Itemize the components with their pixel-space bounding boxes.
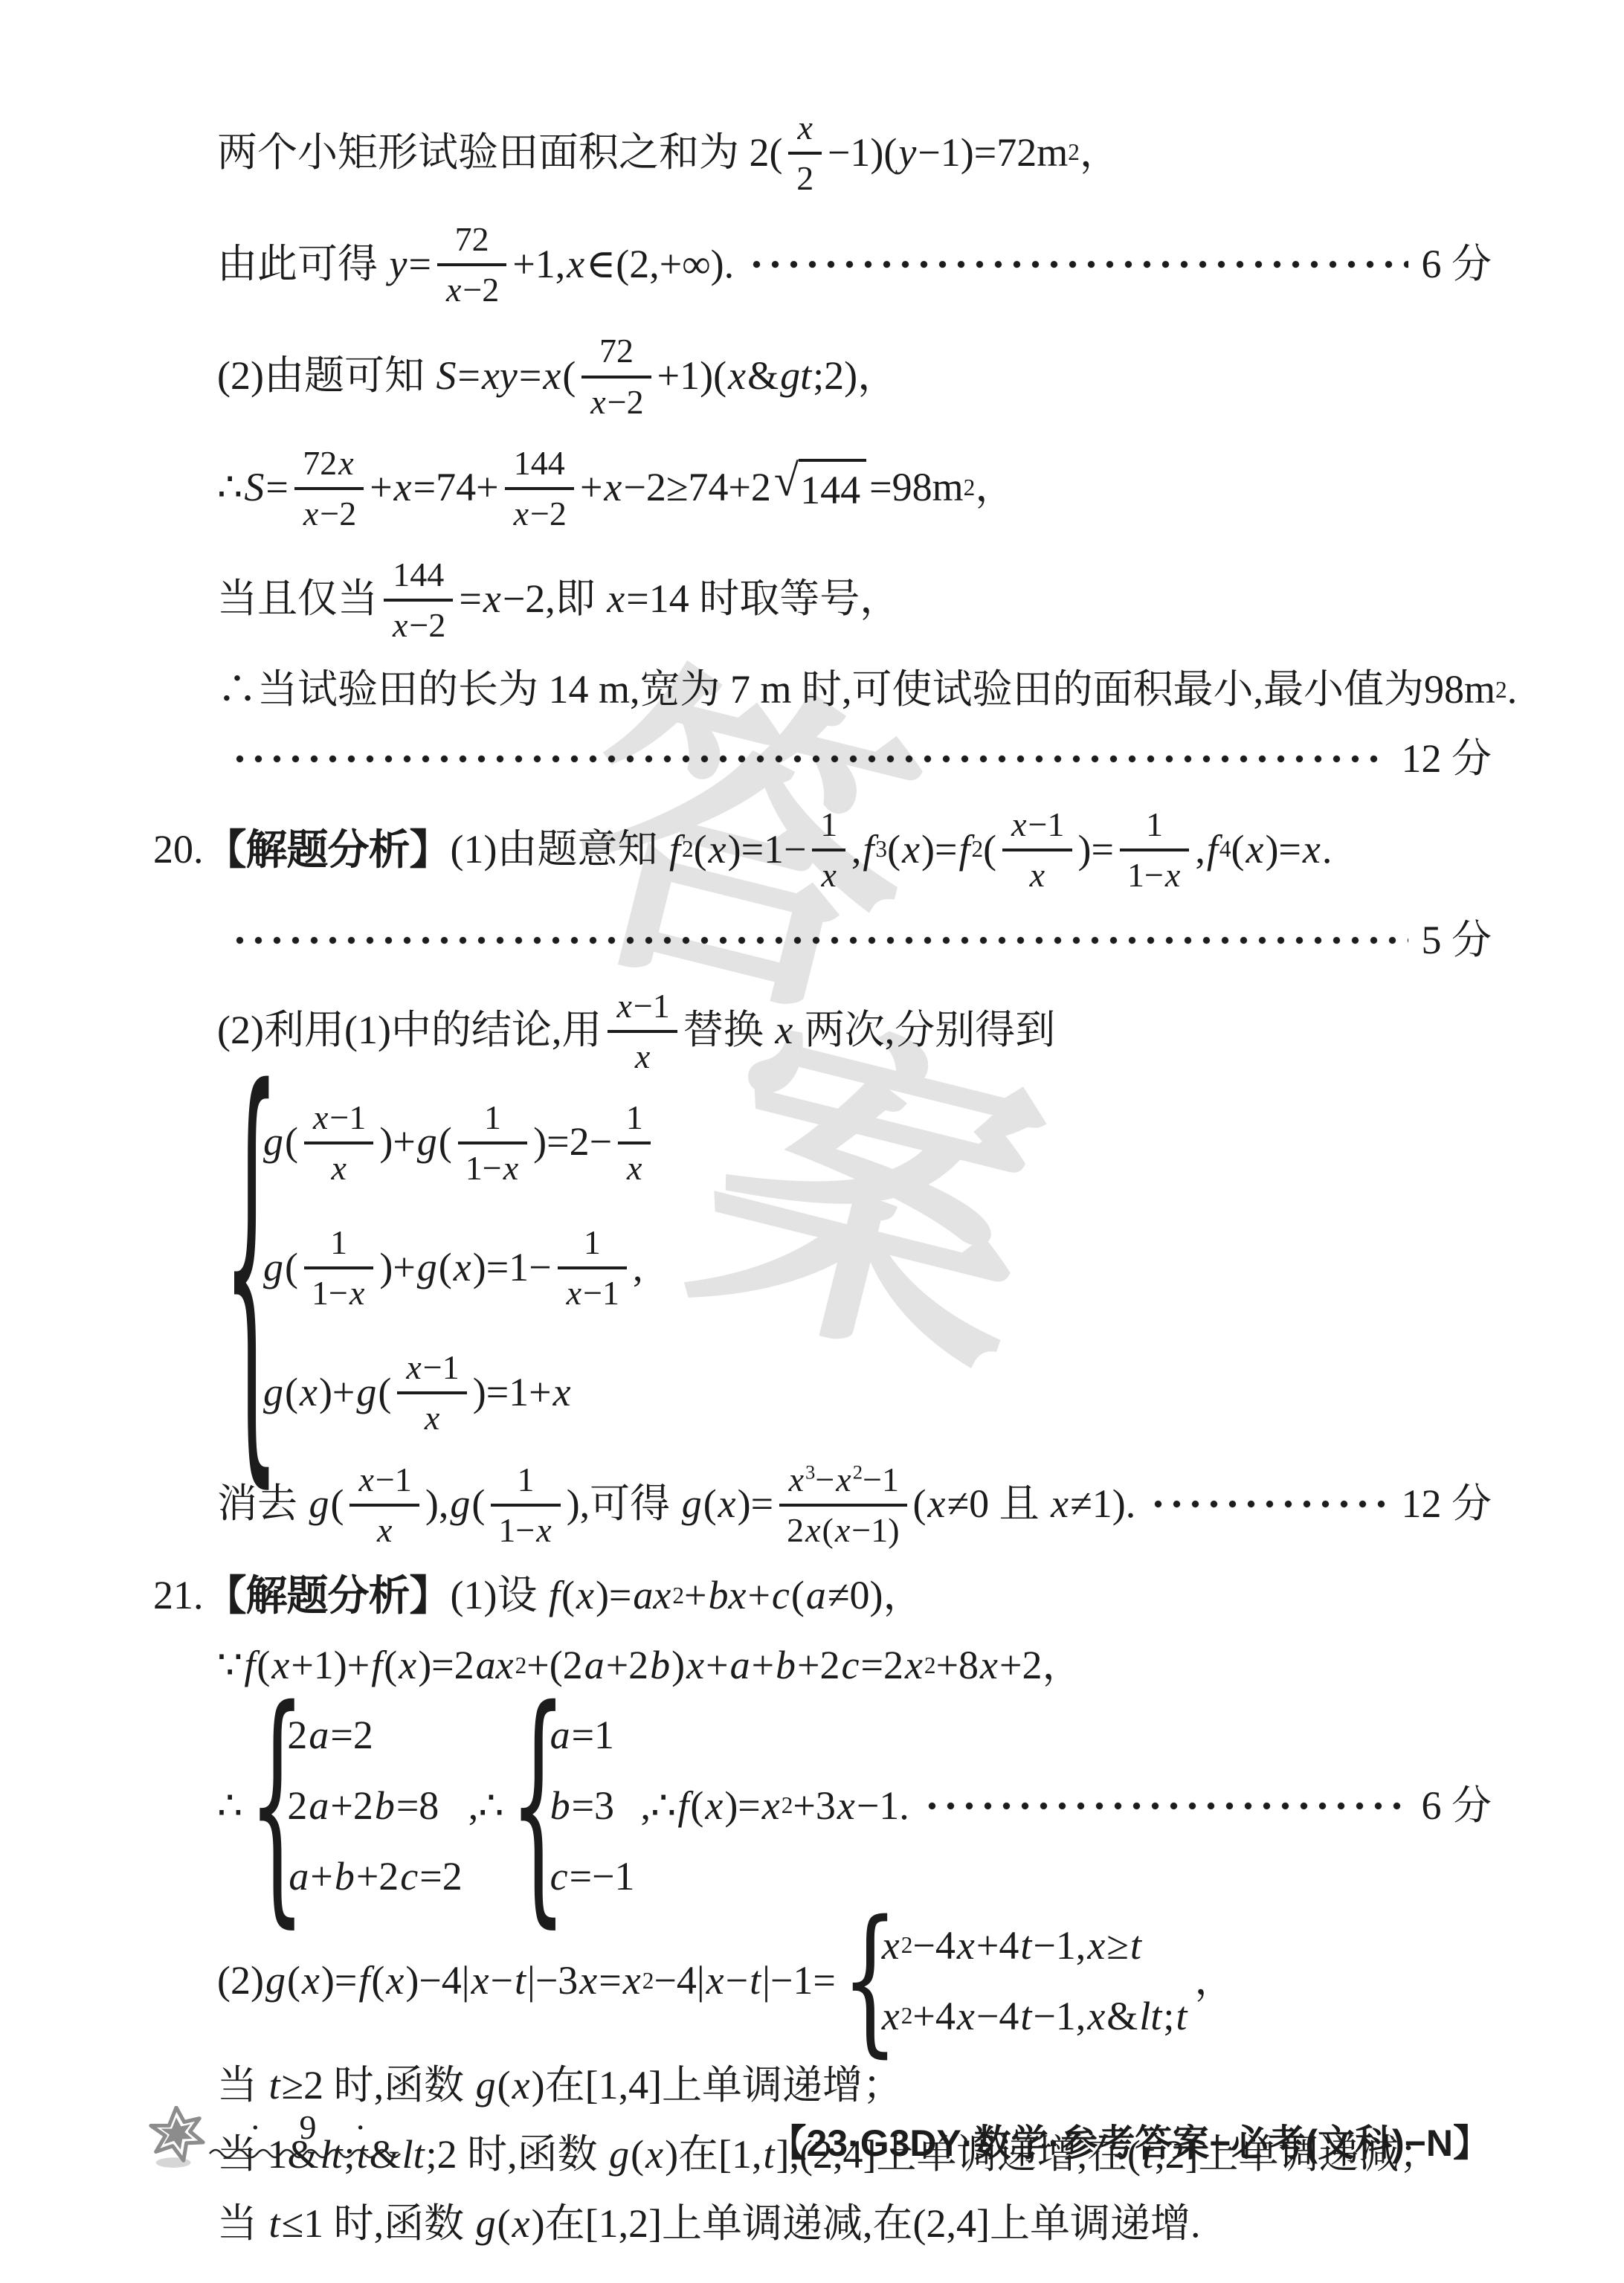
formula-text: x−2 xyxy=(391,606,445,644)
formula-text: +x−2≥74+2 xyxy=(580,462,771,513)
text: ， xyxy=(975,462,1015,513)
star-logo-icon xyxy=(147,2106,205,2168)
formula-text: )=1+x xyxy=(473,1367,573,1418)
formula-text: x xyxy=(329,1149,347,1187)
formula-text: 72x xyxy=(303,444,355,482)
formula-text: +(2a+2b)x+a+b+2c=2x xyxy=(526,1640,924,1691)
fraction: x−1x xyxy=(1002,802,1072,896)
formula-text: 72 xyxy=(599,332,634,370)
fraction: x−1x xyxy=(304,1095,373,1189)
brace-system: {x2−4x+4t−1,x≥tx2+4x−4t−1,x&lt;t xyxy=(842,1920,1189,2042)
formula-text: +x=74+ xyxy=(370,462,498,513)
score-badge: 5 分 xyxy=(1422,915,1492,966)
formula-text: x xyxy=(423,1399,441,1437)
solution-line: 当且仅当144x−2=x−2,即 x=14 时取等号， xyxy=(0,553,1624,646)
formula-text: x−2 xyxy=(302,495,356,532)
solution-line: 5 分 xyxy=(0,915,1624,966)
formula-text: x−2 xyxy=(512,495,567,532)
formula-text: x−1 xyxy=(312,1098,366,1136)
text: ∴当试验田的长为 14 m,宽为 7 m 时,可使试验田的面积最小,最小值为98 xyxy=(217,664,1464,715)
dotted-leader xyxy=(923,1802,1408,1810)
formula-text: 1 xyxy=(584,1223,601,1261)
formula-text: 1 xyxy=(518,1461,535,1498)
formula-text: =98 xyxy=(869,462,932,513)
solution-line: {g(x−1x)+g(11−x)=2−1xg(11−x)+g(x)=1−1x−1… xyxy=(0,1095,1624,1440)
formula-text: ),可得 g(x)= xyxy=(567,1478,773,1530)
formula-text: (2)由题可知 S=xy=x( xyxy=(217,350,576,402)
formula-text: 当 t≤1 时,函数 g(x)在[1,2]上单调递减,在(2,4]上单调递增. xyxy=(217,2198,1201,2250)
formula-text: 替换 x 两次,分别得到 xyxy=(683,1005,1055,1056)
formula-text: 2a+2b=8 xyxy=(287,1780,439,1832)
solution-line: ∴S=72xx−2+x=74+144x−2+x−2≥74+2√144=98 m2… xyxy=(0,441,1624,535)
formula-text: , xyxy=(633,1242,643,1293)
formula-text: ∴S= xyxy=(217,462,289,513)
formula-text: 144 xyxy=(393,556,444,593)
fraction: 72x−2 xyxy=(437,217,506,311)
page: 答 案 两个小矩形试验田面积之和为 2(x2−1)(y−1)=72 m2，由此可… xyxy=(0,0,1624,2283)
wavy-underline-icon xyxy=(208,2147,407,2159)
formula-text: a+b+2c=2 xyxy=(287,1851,462,1902)
formula-text: g(x)+g( xyxy=(262,1367,391,1418)
problem-number: 21. xyxy=(153,1570,204,1621)
formula-text: −4|x−t|−1= xyxy=(654,1955,835,2006)
superscript: 2 xyxy=(924,1651,936,1681)
formula-text: 由此可得 y= xyxy=(217,239,431,290)
fraction: x3−x2−12x(x−1) xyxy=(779,1458,906,1551)
formula-text: 1 xyxy=(820,805,837,843)
formula-text: ( xyxy=(983,824,996,875)
square-root: √144 xyxy=(774,459,866,516)
solution-line: ∴{2a=22a+2b=8a+b+2c=2 ,∴{a=1b=3c=−1 ,∴f(… xyxy=(0,1710,1624,1902)
formula-text: )= xyxy=(1078,824,1114,875)
formula-text: (x)=1− xyxy=(694,824,807,875)
subscript: 4 xyxy=(1219,834,1231,864)
formula-text: 1 xyxy=(484,1098,501,1136)
solution-line: 当 t≥2 时,函数 g(x)在[1,4]上单调递增； xyxy=(0,2060,1624,2111)
formula-text: x xyxy=(625,1149,643,1187)
formula-text: 2 xyxy=(796,159,813,197)
brace-system: {a=1b=3c=−1 xyxy=(510,1710,635,1902)
solution-line: 两个小矩形试验田面积之和为 2(x2−1)(y−1)=72 m2， xyxy=(0,106,1624,199)
subscript: 3 xyxy=(875,834,887,864)
fraction: x−1x xyxy=(397,1345,466,1439)
formula-text: 1 xyxy=(1146,805,1163,843)
page-number: · 9 · xyxy=(235,2107,381,2147)
brace-system: {g(x−1x)+g(11−x)=2−1xg(11−x)+g(x)=1−1x−1… xyxy=(223,1095,657,1440)
formula-text: x−1 xyxy=(615,987,669,1025)
text: ， xyxy=(1080,127,1120,178)
formula-text: x xyxy=(376,1511,393,1549)
formula-text: x xyxy=(1028,856,1046,894)
page-footer: · 9 · 【23·G3DY·数学·参考答案−必考(文科)−N】 xyxy=(0,2106,1624,2168)
dotted-leader xyxy=(747,260,1408,268)
formula-text: 当且仅当 xyxy=(217,573,378,625)
fraction: 144x−2 xyxy=(505,441,574,535)
formula-text: 1 xyxy=(626,1098,643,1136)
page-number-group: · 9 · xyxy=(147,2106,407,2168)
formula-text: (2)g(x)=f(x)−4|x−t|−3x=x xyxy=(217,1955,642,2006)
formula-text: ， xyxy=(1194,1955,1234,2006)
score-badge: 12 分 xyxy=(1402,733,1492,785)
superscript: 2 xyxy=(901,2001,913,2031)
formula-text: x−2 xyxy=(445,271,499,309)
solution-line: ∵f(x+1)+f(x)=2ax2+(2a+2b)x+a+b+2c=2x2+8x… xyxy=(0,1640,1624,1691)
text: . xyxy=(1507,664,1518,715)
fraction: x−1x xyxy=(349,1458,419,1551)
subscript: 2 xyxy=(682,834,694,864)
formula-text: (x≠0 且 x≠1). xyxy=(913,1478,1136,1530)
superscript: 2 xyxy=(642,1966,654,1996)
formula-text: 1−x xyxy=(465,1149,520,1187)
brace-system: {2a=22a+2b=8a+b+2c=2 xyxy=(248,1710,462,1902)
formula-text: 144 xyxy=(514,444,565,482)
section-title: 【解题分析】 xyxy=(205,1569,451,1623)
score-badge: 6 分 xyxy=(1422,239,1492,290)
formula-text: ∴ xyxy=(217,1780,242,1832)
superscript: 2 xyxy=(1068,138,1080,167)
formula-text: )+g(x)=1− xyxy=(379,1242,551,1293)
score-badge: 6 分 xyxy=(1422,1780,1492,1832)
fraction: 11−x xyxy=(304,1220,373,1314)
solution-line: 12 分 xyxy=(0,733,1624,785)
formula-text: 两个小矩形试验田面积之和为 2( xyxy=(217,127,782,178)
formula-text: x−1 xyxy=(357,1461,411,1498)
formula-text: −4x+4t−1,x≥t xyxy=(912,1920,1143,1971)
formula-text: x xyxy=(796,109,813,146)
footer-issue-label: 【23·G3DY·数学·参考答案−必考(文科)−N】 xyxy=(769,2113,1490,2167)
formula-text: 1 xyxy=(330,1223,347,1261)
fraction: 11−x xyxy=(1120,802,1189,896)
formula-text: 72 xyxy=(455,220,489,258)
fraction: x2 xyxy=(788,106,821,199)
score-badge: 12 分 xyxy=(1402,1478,1492,1530)
solution-line: (2)g(x)=f(x)−4|x−t|−3x=x2−4|x−t|−1={x2−4… xyxy=(0,1920,1624,2042)
formula-text: −1)(y−1)=72 xyxy=(828,127,1037,178)
fraction: 1x−1 xyxy=(558,1220,627,1314)
dotted-leader xyxy=(231,936,1408,944)
formula-text: x xyxy=(634,1037,651,1075)
dotted-leader xyxy=(231,755,1388,763)
formula-text: 2x(x−1) xyxy=(787,1511,899,1549)
formula-text: (x)=f xyxy=(887,824,971,875)
solution-line: (2)由题可知 S=xy=x(72x−2+1)(x&gt;2)， xyxy=(0,329,1624,422)
text: m xyxy=(1464,664,1495,715)
formula-text: +4x−4t−1,x&lt;t xyxy=(912,1991,1188,2042)
left-brace: { xyxy=(248,1680,283,1931)
text: m xyxy=(1037,127,1068,178)
formula-text: ),g( xyxy=(425,1478,485,1530)
fraction: 72x−2 xyxy=(581,329,651,422)
text: m xyxy=(932,462,964,513)
superscript: 2 xyxy=(901,1931,913,1960)
fraction: 144x−2 xyxy=(384,553,453,646)
superscript: 2 xyxy=(853,1461,863,1483)
solution-line: 21.【解题分析】(1)设 f(x)=ax2+bx+c(a≠0)， xyxy=(0,1569,1624,1623)
formula-text: ,∴f(x)=x xyxy=(640,1780,781,1832)
formula-text: (1)由题意知 f xyxy=(451,824,682,875)
formula-text: )+g( xyxy=(379,1116,451,1168)
formula-text: ,∴ xyxy=(468,1780,504,1832)
formula-text: −x xyxy=(815,1461,852,1498)
formula-text: x−2 xyxy=(589,383,643,421)
formula-text: +1)(x&gt;2)， xyxy=(657,350,898,402)
solution-line: 20.【解题分析】(1)由题意知 f2(x)=1−1x,f3(x)=f2(x−1… xyxy=(0,802,1624,896)
formula-text: 1−x xyxy=(312,1274,366,1312)
superscript: 2 xyxy=(964,473,976,503)
subscript: 2 xyxy=(971,834,983,864)
formula-text: x xyxy=(819,856,837,894)
formula-text: +1,x∈(2,+∞). xyxy=(512,239,734,290)
formula-text: +bx+c(a≠0)， xyxy=(684,1570,923,1621)
superscript: 2 xyxy=(1495,675,1507,705)
section-title: 【解题分析】 xyxy=(205,823,451,877)
formula-text: x−1 xyxy=(405,1348,459,1386)
solution-line: 由此可得 y=72x−2+1,x∈(2,+∞).6 分 xyxy=(0,217,1624,311)
formula-text: +8x+2， xyxy=(936,1640,1083,1691)
formula-text: ,f xyxy=(1195,824,1219,875)
formula-text: (1)设 f(x)=ax xyxy=(451,1570,673,1621)
formula-text: 1−x xyxy=(1127,856,1182,894)
formula-text: x−1 xyxy=(565,1274,619,1312)
formula-text: (x)=x. xyxy=(1231,824,1332,875)
left-brace: { xyxy=(842,1902,876,2061)
formula-text: −1 xyxy=(863,1461,899,1498)
formula-text: x xyxy=(787,1461,805,1498)
formula-text: )=2− xyxy=(533,1116,612,1168)
fraction: 1x xyxy=(812,802,845,896)
formula-text: 1−x xyxy=(498,1511,552,1549)
answer-sheet: 两个小矩形试验田面积之和为 2(x2−1)(y−1)=72 m2，由此可得 y=… xyxy=(0,0,1624,2250)
formula-text: 当 t≥2 时,函数 g(x)在[1,4]上单调递增； xyxy=(217,2060,903,2111)
solution-line: ∴当试验田的长为 14 m,宽为 7 m 时,可使试验田的面积最小,最小值为98… xyxy=(0,664,1624,715)
dotted-leader xyxy=(1149,1500,1388,1508)
fraction: x−1x xyxy=(608,984,677,1078)
fraction: 1x xyxy=(618,1095,651,1189)
solution-line: 当 t≤1 时,函数 g(x)在[1,2]上单调递减,在(2,4]上单调递增. xyxy=(0,2198,1624,2250)
superscript: 3 xyxy=(805,1461,815,1483)
left-brace: { xyxy=(223,1043,257,1491)
superscript: 2 xyxy=(782,1791,793,1820)
problem-number: 20. xyxy=(153,824,204,875)
formula-text: ,f xyxy=(851,824,876,875)
superscript: 2 xyxy=(672,1581,684,1611)
fraction: 72xx−2 xyxy=(294,441,364,535)
fraction: 11−x xyxy=(491,1458,560,1551)
formula-text: =x−2,即 x=14 时取等号， xyxy=(459,573,900,625)
formula-text: x−1 xyxy=(1010,805,1064,843)
left-brace: { xyxy=(510,1680,544,1931)
fraction: 11−x xyxy=(458,1095,527,1189)
formula-text: +3x−1. xyxy=(793,1780,909,1832)
